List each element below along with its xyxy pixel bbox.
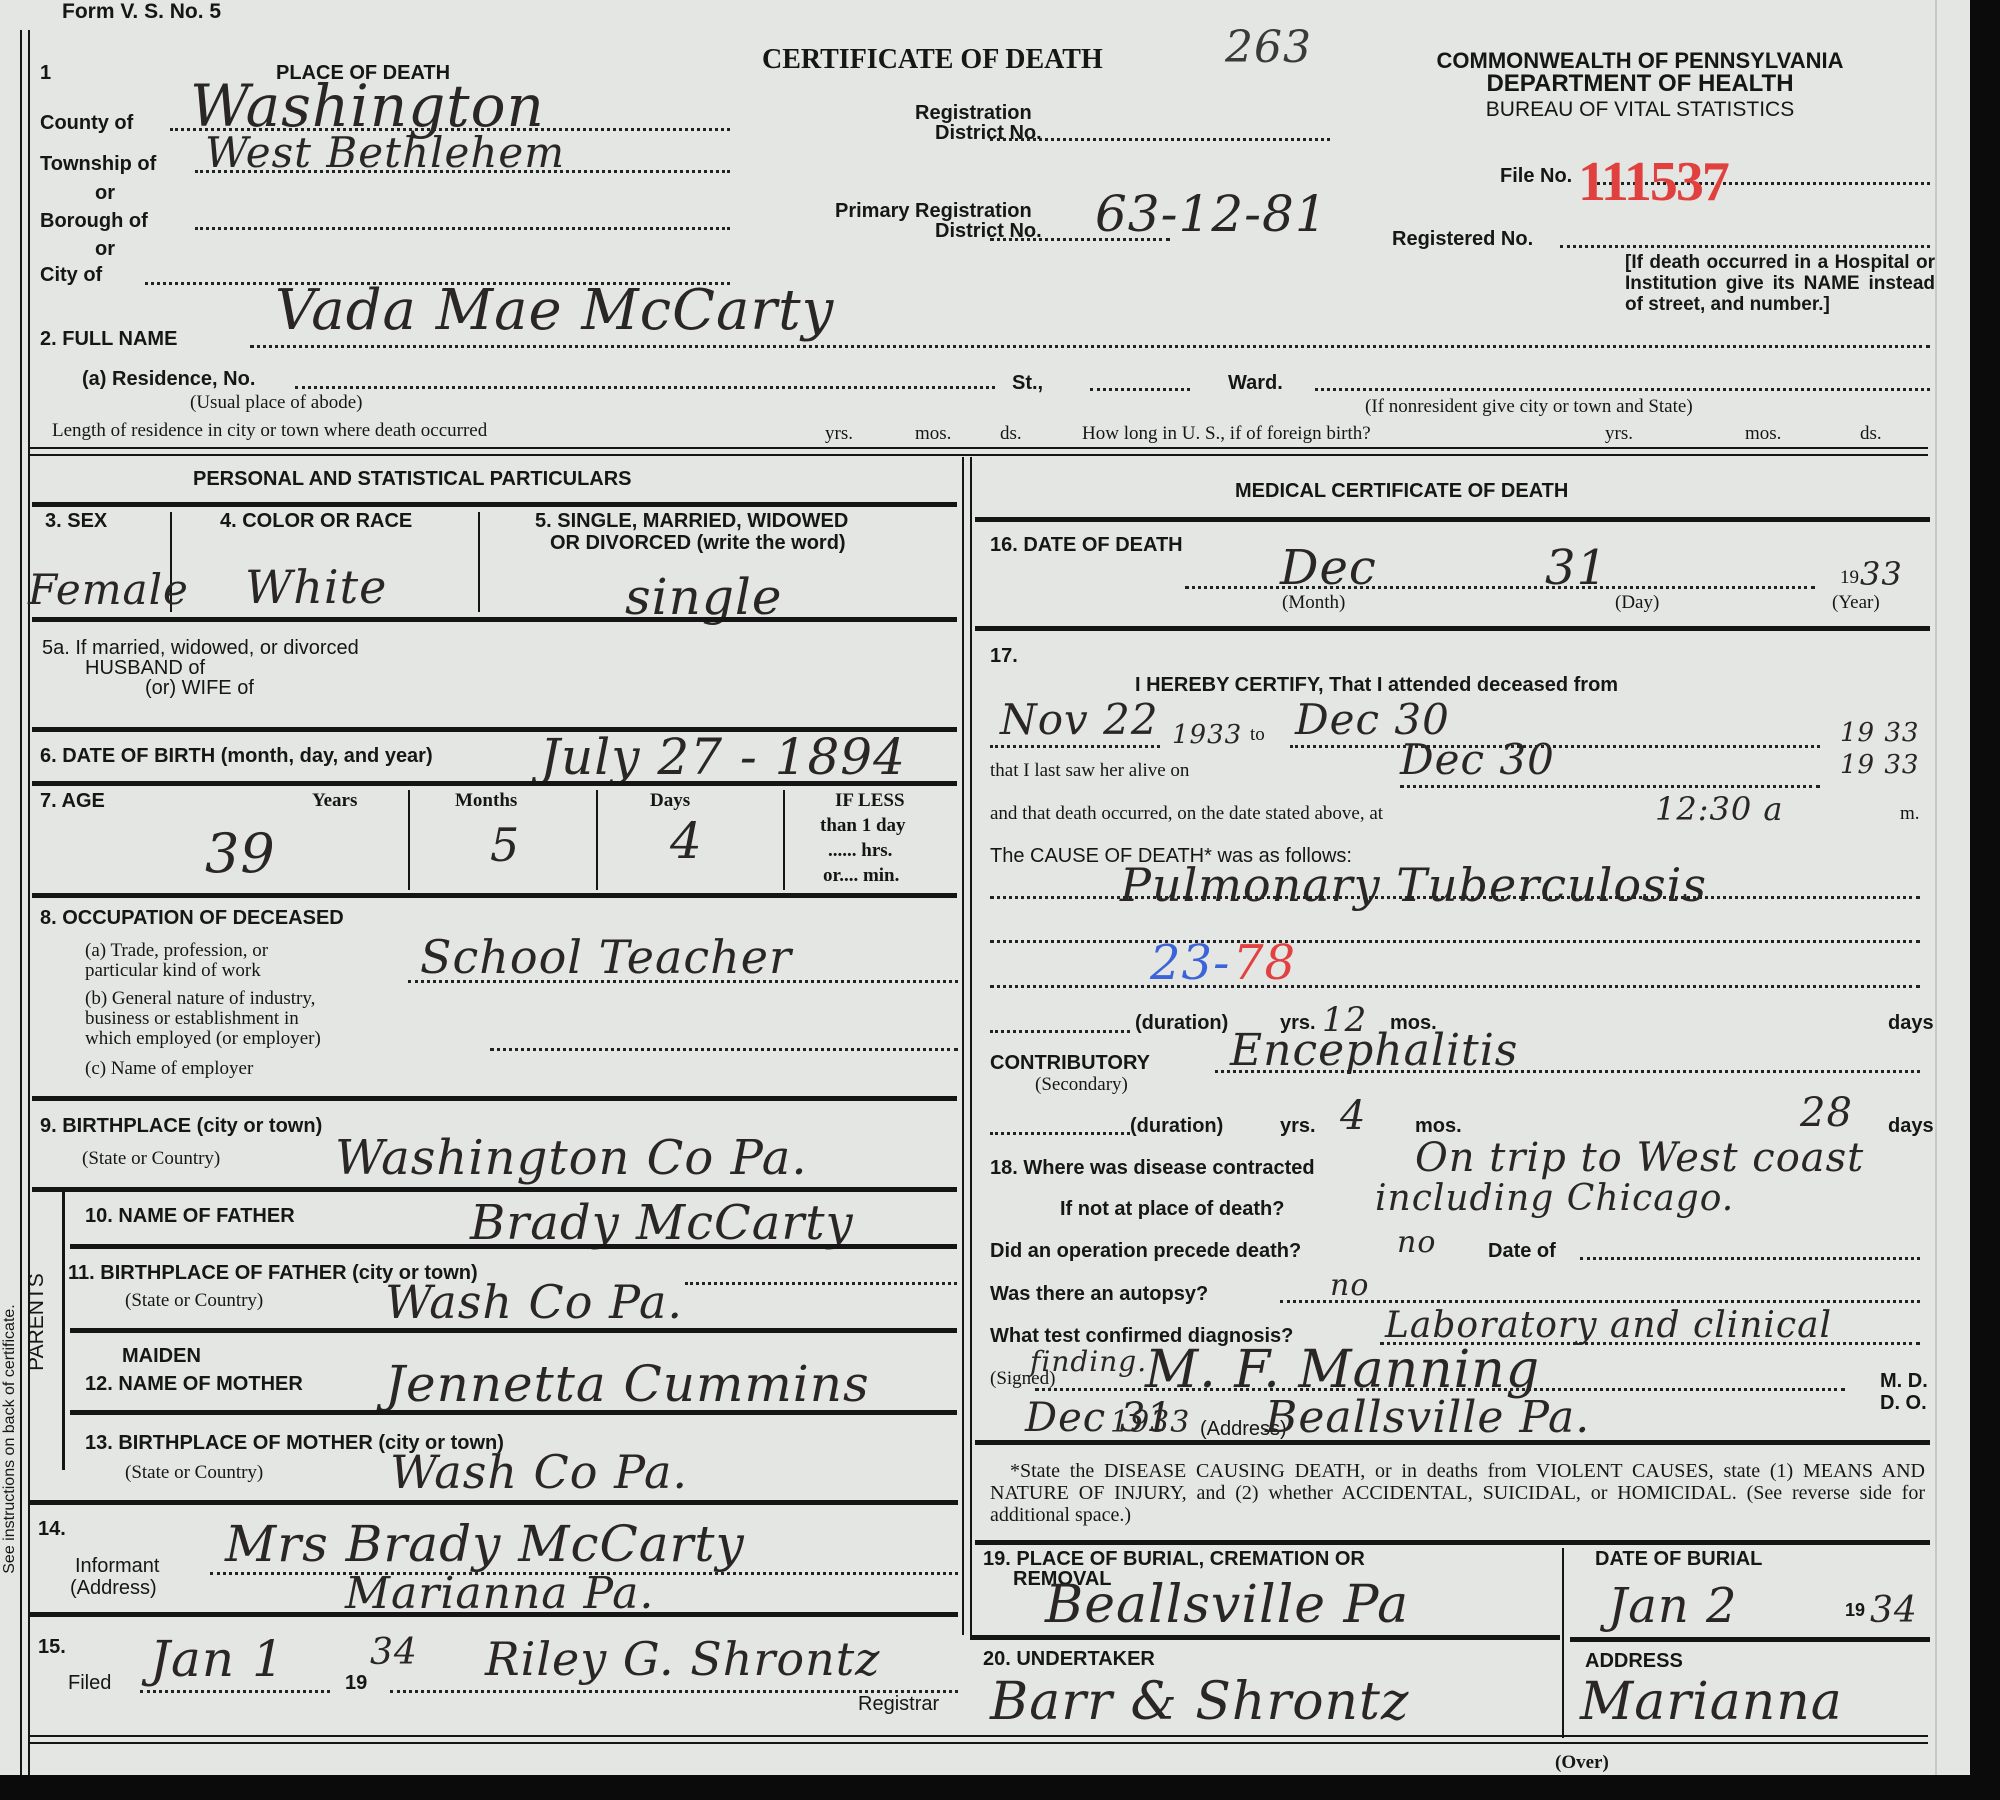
attended-to-year: 19 33	[1840, 718, 1919, 748]
borough-label: Borough of	[40, 210, 148, 233]
residence-sub: (Usual place of abode)	[190, 392, 363, 414]
mother-label: 12. NAME OF MOTHER	[85, 1373, 303, 1396]
signed-label: (Signed)	[990, 1368, 1055, 1390]
contrib-days-value: 28	[1800, 1090, 1853, 1136]
marital-label2-text: OR DIVORCED (write the word)	[550, 532, 846, 554]
divider	[975, 517, 1930, 522]
filed-date-field[interactable]	[140, 1690, 330, 1693]
hospital-note: [If death occurred in a Hospital or Inst…	[1625, 252, 1935, 315]
informant-num: 14.	[38, 1518, 66, 1541]
dod-month: Dec	[1280, 540, 1377, 596]
contributory-label: CONTRIBUTORY	[990, 1052, 1150, 1075]
foreign-birth-label: How long in U. S., if of foreign birth?	[1082, 423, 1371, 445]
filed-year-prefix: 19	[345, 1672, 367, 1695]
birthplace-label2: (State or Country)	[82, 1148, 220, 1170]
sex-label: 3. SEX	[45, 510, 107, 533]
residence-label: (a) Residence, No.	[82, 368, 255, 391]
duration-days-label: days	[1888, 1012, 1934, 1035]
or-1: or	[95, 182, 115, 205]
mother-bp-label2: (State or Country)	[125, 1462, 263, 1484]
left-border-outer	[20, 30, 22, 1775]
burial-address-label: ADDRESS	[1585, 1650, 1683, 1673]
length-of-residence-label: Length of residence in city or town wher…	[52, 420, 487, 442]
father-label: 10. NAME OF FATHER	[85, 1205, 295, 1228]
city-label: City of	[40, 264, 102, 287]
township-label: Township of	[40, 153, 156, 176]
undertaker-address: Marianna	[1580, 1672, 1843, 1732]
divider	[28, 1735, 1928, 1737]
informant-label1: Informant	[75, 1555, 159, 1578]
signed-year: 1933	[1110, 1405, 1190, 1440]
primary-reg-value: 63-12-81	[1095, 185, 1328, 243]
reg-district-label2: District No.	[935, 122, 1042, 145]
divider	[70, 1244, 957, 1249]
burial-year-prefix: 19	[1845, 1600, 1865, 1621]
divider	[596, 790, 598, 890]
divider	[28, 1612, 958, 1617]
where-value2: including Chicago.	[1375, 1178, 1734, 1219]
st-label: St.,	[1012, 372, 1043, 395]
burial-year-value: 34	[1870, 1590, 1918, 1631]
race-label: 4. COLOR OR RACE	[220, 510, 412, 533]
address-value: Beallsville Pa.	[1265, 1392, 1590, 1443]
spouse-label3: (or) WIFE of	[145, 677, 254, 700]
divider	[975, 626, 1930, 631]
sex-value: Female	[28, 565, 189, 614]
divider	[32, 1096, 957, 1101]
column-divider	[962, 457, 964, 1635]
section-1-num: 1	[40, 62, 51, 85]
occ-a2: particular kind of work	[85, 960, 261, 982]
signed-value: M. F. Manning	[1145, 1340, 1540, 1400]
divider	[1570, 1637, 1930, 1642]
do-label: D. O.	[1880, 1392, 1927, 1415]
last-saw-field[interactable]	[1400, 785, 1820, 788]
industry-field[interactable]	[490, 1048, 958, 1051]
dob-value: July 27 - 1894	[540, 728, 906, 786]
dob-label-text: 6. DATE OF BIRTH (month, day, and year)	[40, 745, 433, 767]
attended-from-year: 1933	[1172, 720, 1242, 750]
autopsy-label: Was there an autopsy?	[990, 1283, 1208, 1306]
cert-num: 17.	[990, 645, 1018, 668]
divider	[70, 1328, 957, 1333]
dod-label: 16. DATE OF DEATH	[990, 534, 1183, 557]
duration-dots	[990, 1030, 1130, 1033]
death-time-label: and that death occurred, on the date sta…	[990, 803, 1383, 825]
personal-section-title: PERSONAL AND STATISTICAL PARTICULARS	[193, 468, 632, 491]
if-less-1: IF LESS	[835, 790, 905, 812]
day-sub: (Day)	[1615, 592, 1659, 614]
cause-field-2[interactable]	[990, 940, 1920, 943]
borough-field[interactable]	[195, 227, 730, 230]
over-label: (Over)	[1555, 1752, 1609, 1774]
age-years-value: 39	[205, 822, 276, 885]
column-divider	[970, 457, 972, 1635]
burial-place-value: Beallsville Pa	[1045, 1575, 1409, 1635]
registrar-value: Riley G. Shrontz	[485, 1632, 880, 1686]
where-value1: On trip to West coast	[1415, 1135, 1864, 1181]
divider	[28, 454, 1928, 456]
where-label: 18. Where was disease contracted	[990, 1157, 1315, 1180]
foreign-yrs: yrs.	[1605, 423, 1633, 445]
dod-day: 31	[1545, 540, 1608, 596]
birthplace-label1-text: 9. BIRTHPLACE (city or town)	[40, 1115, 322, 1137]
age-label: 7. AGE	[40, 790, 105, 813]
file-no-label: File No.	[1500, 165, 1572, 188]
contrib-yrs-label: yrs.	[1280, 1115, 1316, 1138]
informant-value: Mrs Brady McCarty	[225, 1515, 745, 1573]
operation-value: no	[1397, 1225, 1436, 1260]
mother-bp-value: Wash Co Pa.	[390, 1445, 688, 1499]
parents-label: PARENTS	[25, 1273, 49, 1371]
full-name-field[interactable]	[250, 345, 1930, 348]
foreign-ds: ds.	[1860, 423, 1882, 445]
operation-label: Did an operation precede death?	[990, 1240, 1301, 1263]
dob-label: 6. DATE OF BIRTH (month, day, and year)	[40, 745, 433, 768]
age-days-value: 4	[670, 812, 703, 870]
undertaker-value: Barr & Shrontz	[990, 1672, 1409, 1732]
contributory-value: Encephalitis	[1230, 1025, 1518, 1076]
cause-value: Pulmonary Tuberculosis	[1120, 858, 1707, 912]
divider	[32, 781, 957, 786]
informant-label2: (Address)	[70, 1577, 157, 1600]
divider	[1562, 1548, 1564, 1738]
ward-label: Ward.	[1228, 372, 1283, 395]
occ-b1: (b) General nature of industry,	[85, 988, 315, 1010]
divider	[975, 1440, 1930, 1445]
parents-bracket	[62, 1192, 65, 1470]
secondary-label: (Secondary)	[1035, 1074, 1128, 1096]
divider	[70, 1410, 957, 1415]
contrib-duration-label: (duration)	[1130, 1115, 1223, 1138]
side-note: See instructions on back of certificate.	[1, 1139, 19, 1739]
registrar-label: Registrar	[858, 1693, 939, 1716]
where-label2: If not at place of death?	[1060, 1198, 1284, 1221]
foreign-mos: mos.	[1745, 423, 1781, 445]
dod-year-prefix: 19	[1840, 567, 1859, 589]
agency-line3: BUREAU OF VITAL STATISTICS	[1340, 98, 1940, 122]
father-birthplace-field[interactable]	[685, 1282, 957, 1285]
filed-num: 15.	[38, 1636, 66, 1659]
occ-b2: business or establishment in	[85, 1008, 299, 1030]
page-title: CERTIFICATE OF DEATH	[762, 44, 1103, 76]
divider	[28, 1742, 1928, 1744]
length-ds: ds.	[1000, 423, 1022, 445]
autopsy-field[interactable]	[1280, 1300, 1920, 1303]
contrib-days-label: days	[1888, 1115, 1934, 1138]
divider	[32, 893, 957, 898]
or-2: or	[95, 238, 115, 261]
divider	[28, 447, 1928, 449]
father-bp-value: Wash Co Pa.	[385, 1275, 683, 1329]
length-yrs: yrs.	[825, 423, 853, 445]
medical-section-title: MEDICAL CERTIFICATE OF DEATH	[1235, 480, 1568, 503]
if-less-2: than 1 day	[820, 815, 906, 837]
year-sub: (Year)	[1832, 592, 1880, 614]
contrib-yrs-value: 4	[1340, 1093, 1366, 1139]
registered-no-label: Registered No.	[1392, 228, 1533, 251]
page-edge	[1935, 0, 1937, 1775]
attended-to-field[interactable]	[1290, 745, 1820, 748]
death-time-suffix: m.	[1900, 803, 1920, 825]
death-certificate: See instructions on back of certificate.…	[0, 0, 1970, 1775]
occ-a1: (a) Trade, profession, or	[85, 940, 268, 962]
undertaker-label: 20. UNDERTAKER	[983, 1648, 1155, 1671]
attended-from-field[interactable]	[990, 745, 1160, 748]
father-bp-label2: (State or Country)	[125, 1290, 263, 1312]
occ-b3: which employed (or employer)	[85, 1028, 321, 1050]
marital-label1: 5. SINGLE, MARRIED, WIDOWED	[535, 510, 848, 533]
last-saw-date: Dec 30	[1400, 735, 1555, 784]
agency-line2: DEPARTMENT OF HEALTH	[1340, 70, 1940, 98]
if-less-3: ...... hrs.	[828, 840, 892, 862]
township-value: West Bethlehem	[205, 128, 565, 177]
burial-date-value: Jan 2	[1608, 1578, 1738, 1634]
to-label: to	[1250, 724, 1265, 746]
divider	[478, 512, 480, 612]
st-field[interactable]	[1090, 388, 1190, 391]
birthplace-value: Washington Co Pa.	[335, 1130, 808, 1186]
mother-maiden-label: MAIDEN	[122, 1345, 201, 1368]
divider	[975, 1540, 1930, 1545]
divider	[408, 790, 410, 890]
dod-year: 33	[1860, 555, 1903, 593]
divider	[783, 790, 785, 890]
burial-date-label: DATE OF BURIAL	[1595, 1548, 1762, 1571]
cause-field-3[interactable]	[990, 985, 1920, 988]
length-mos: mos.	[915, 423, 951, 445]
date-of-label: Date of	[1488, 1240, 1556, 1263]
occupation-label: 8. OCCUPATION OF DECEASED	[40, 907, 344, 930]
days-label: Days	[650, 790, 690, 812]
full-name-label: 2. FULL NAME	[40, 328, 177, 351]
race-value: White	[245, 560, 387, 614]
divider	[970, 1635, 1560, 1640]
filed-label: Filed	[68, 1672, 111, 1695]
last-saw-label: that I last saw her alive on	[990, 760, 1189, 782]
birthplace-label1: 9. BIRTHPLACE (city or town)	[40, 1115, 322, 1138]
marital-label2: OR DIVORCED (write the word)	[550, 532, 846, 555]
if-less-4: or.... min.	[823, 865, 899, 887]
month-sub: (Month)	[1282, 592, 1345, 614]
attended-from: Nov 22	[1000, 695, 1159, 744]
occ-c: (c) Name of employer	[85, 1058, 253, 1080]
ward-field[interactable]	[1315, 388, 1930, 391]
registered-no-field[interactable]	[1560, 245, 1930, 248]
months-label: Months	[455, 790, 517, 812]
filed-date-value: Jan 1	[150, 1630, 285, 1688]
full-name-value: Vada Mae McCarty	[275, 278, 834, 343]
mother-value: Jennetta Cummins	[385, 1355, 870, 1413]
left-border-inner	[28, 30, 30, 1775]
occupation-value: School Teacher	[420, 930, 792, 984]
death-time: 12:30 a	[1655, 790, 1783, 828]
form-number: Form V. S. No. 5	[62, 0, 221, 24]
divider	[32, 502, 957, 507]
filed-year-value: 34	[370, 1632, 418, 1673]
reg-district-field[interactable]	[990, 138, 1330, 141]
age-months-value: 5	[490, 818, 520, 872]
handwritten-number: 263	[1225, 22, 1312, 73]
father-value: Brady McCarty	[470, 1195, 854, 1251]
contrib-duration-dots	[990, 1132, 1130, 1135]
last-saw-year: 19 33	[1840, 750, 1919, 780]
nonresident-note: (If nonresident give city or town and St…	[1365, 396, 1693, 418]
divider	[28, 1500, 958, 1505]
years-label: Years	[312, 790, 357, 812]
duration-label: (duration)	[1135, 1012, 1228, 1035]
certify-text: I HEREBY CERTIFY, That I attended deceas…	[1135, 674, 1618, 697]
divider	[32, 1187, 957, 1192]
autopsy-value: no	[1330, 1268, 1369, 1303]
residence-field[interactable]	[295, 386, 995, 389]
divider	[32, 617, 957, 622]
footnote: *State the DISEASE CAUSING DEATH, or in …	[990, 1460, 1925, 1526]
md-label: M. D.	[1880, 1370, 1928, 1393]
operation-date-field[interactable]	[1580, 1257, 1920, 1260]
code-blue: 23-	[1150, 935, 1230, 991]
file-no-stamp: 111537	[1578, 150, 1728, 214]
county-label: County of	[40, 112, 133, 135]
code-red: 78	[1233, 935, 1296, 991]
